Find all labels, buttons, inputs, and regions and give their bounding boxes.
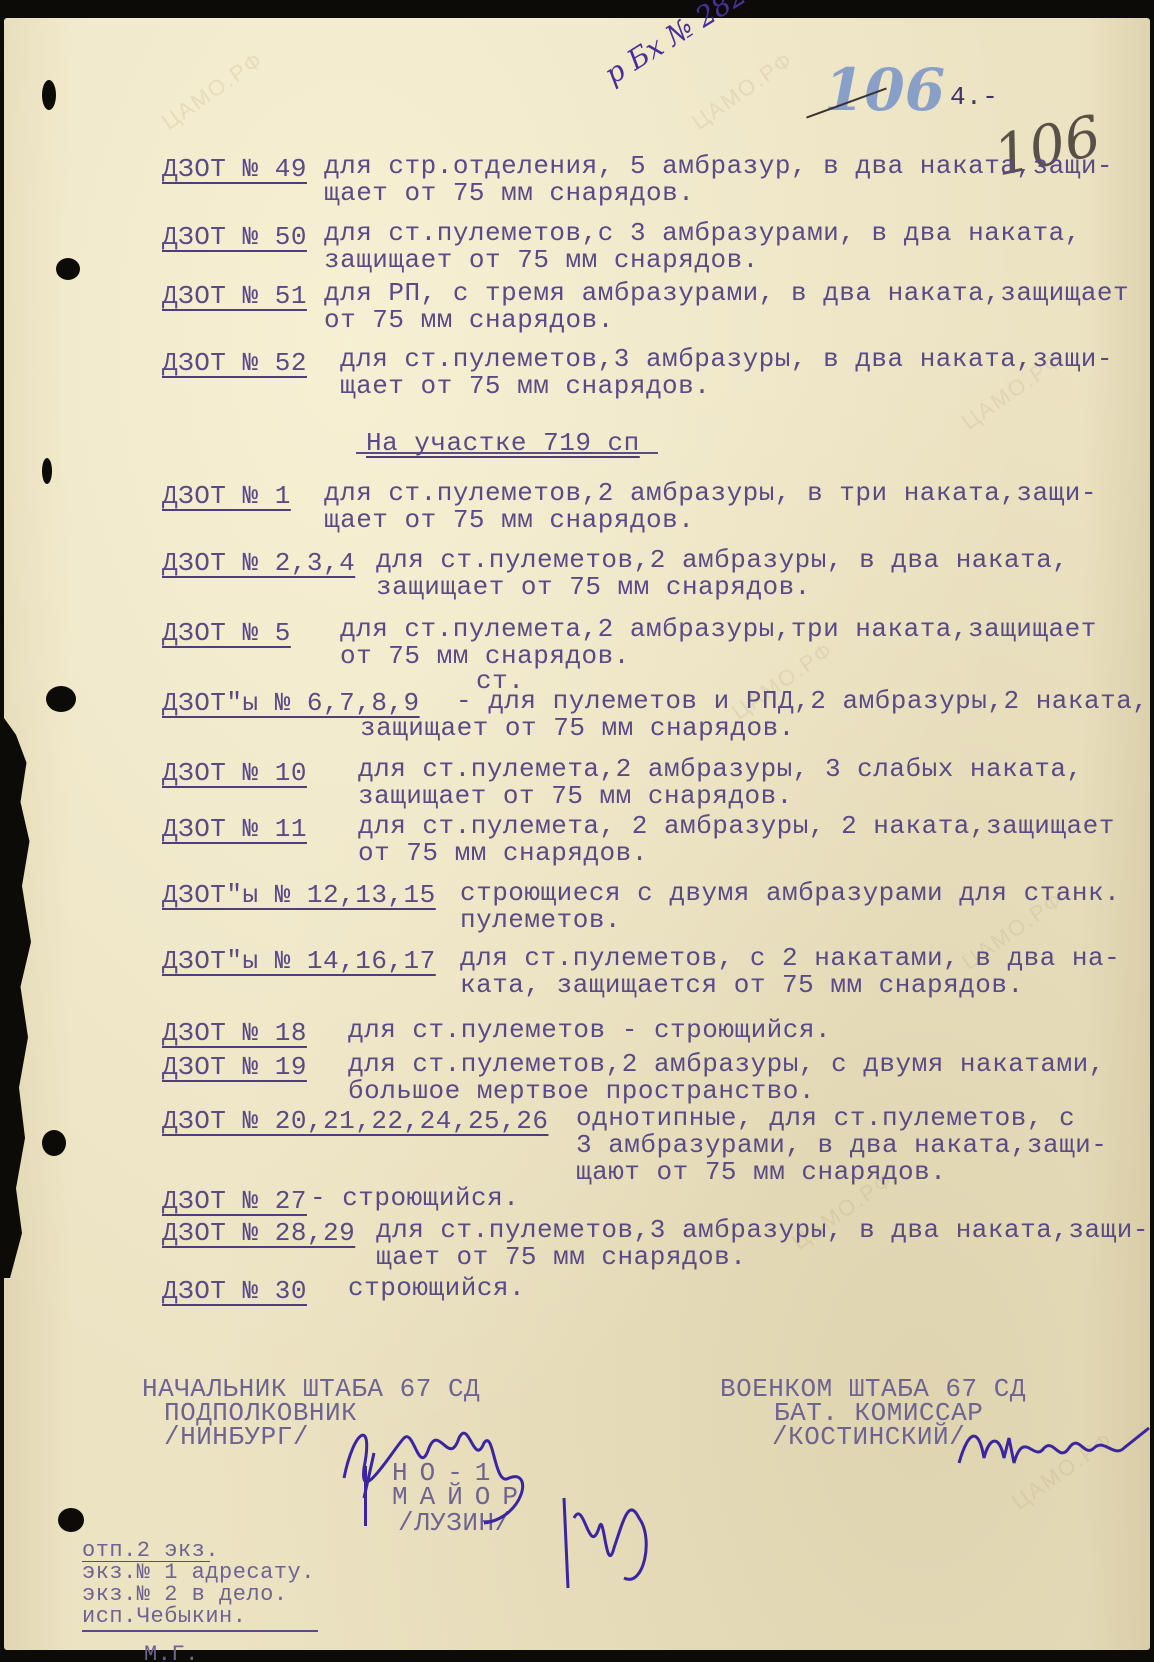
entry-text: защищает от 75 мм снарядов. [324,245,759,275]
entry-text: пулеметов. [460,905,621,935]
entry-label: ДЗОТ № 30 [162,1276,307,1306]
distribution-line: экз.№ 2 в дело. [82,1584,288,1606]
entry-text: для РП, с тремя амбразурами, в два накат… [324,278,1129,308]
entry-text: строющийся. [348,1273,525,1303]
entry-text: 3 амбразурами, в два наката,защи- [576,1130,1107,1160]
entry-label: ДЗОТ № 19 [162,1052,307,1082]
entry-text: для ст.пулеметов,с 3 амбразурами, в два … [324,218,1081,248]
entry-text: для ст.пулемета, 2 амбразуры, 2 наката,з… [358,811,1115,841]
entry-text: - строющийся. [310,1183,519,1213]
signature-scribble-left [334,1408,574,1548]
entry-text: от 75 мм снарядов. [324,305,614,335]
entry-text: щает от 75 мм снарядов. [324,178,694,208]
entry-text: от 75 мм снарядов. [358,838,648,868]
entry-label: ДЗОТ № 20,21,22,24,25,26 [162,1106,548,1136]
entry-text: для ст.пулеметов,3 амбразуры, в два нака… [340,344,1113,374]
hole-punch [58,1508,84,1532]
watermark: ЦАМО.РФ [157,47,268,136]
distribution-line: исп.Чебыкин. [82,1606,246,1628]
torn-edge [4,718,34,1278]
entry-text: для ст.пулеметов, с 2 накатами, в два на… [460,943,1120,973]
typist-initials: М.Г. [144,1644,199,1662]
entry-label: ДЗОТ № 27 [162,1186,307,1216]
page-number: 4.- [950,82,998,112]
signature-stroke [364,1466,367,1526]
entry-label: ДЗОТ № 52 [162,348,307,378]
entry-label: ДЗОТ № 10 [162,758,307,788]
entry-text: щает от 75 мм снарядов. [324,505,694,535]
signatory-name: /КОСТИНСКИЙ/ [772,1422,965,1452]
entry-label: ДЗОТ № 49 [162,154,307,184]
entry-text: - для пулеметов и РПД,2 амбразуры,2 нака… [456,686,1148,716]
entry-label: ДЗОТ № 51 [162,281,307,311]
entry-label: ДЗОТ № 18 [162,1018,307,1048]
entry-text: щает от 75 мм снарядов. [376,1242,746,1272]
signature-scribble-center [544,1478,684,1618]
entry-label: ДЗОТ № 50 [162,222,307,252]
footer-underline [82,1630,318,1632]
distribution-line: отп.2 экз. [82,1540,219,1562]
signature-scribble-right [954,1418,1154,1478]
entry-text: защищает от 75 мм снарядов. [358,781,793,811]
entry-text: для ст.пулеметов - строющийся. [348,1015,831,1045]
entry-text: для ст.пулеметов,2 амбразуры, в два нака… [376,545,1068,575]
hole-punch [42,1130,66,1156]
entry-label: ДЗОТ"ы № 14,16,17 [162,946,436,976]
entry-text: для ст.пулеметов,3 амбразуры, в два нака… [376,1215,1149,1245]
entry-text: щает от 75 мм снарядов. [340,371,710,401]
entry-label: ДЗОТ № 5 [162,618,291,648]
distribution-line: экз.№ 1 адресату. [82,1562,315,1584]
entry-text: щают от 75 мм снарядов. [576,1157,946,1187]
entry-text: строющиеся с двумя амбразурами для станк… [460,878,1120,908]
entry-text: для ст.пулемета,2 амбразуры, 3 слабых на… [358,754,1083,784]
entry-text: защищает от 75 мм снарядов. [360,713,795,743]
entry-text: для ст.пулеметов,2 амбразуры, с двумя на… [348,1049,1105,1079]
hole-punch [42,80,56,110]
entry-label: ДЗОТ № 2,3,4 [162,548,355,578]
document-page: ЦАМО.РФ ЦАМО.РФ ЦАМО.РФ ЦАМО.РФ ЦАМО.РФ … [4,18,1150,1650]
entry-text: большое мертвое пространство. [348,1076,815,1106]
hole-punch [56,258,80,280]
entry-label: ДЗОТ № 11 [162,814,307,844]
entry-text: для ст.пулемета,2 амбразуры,три наката,з… [340,614,1097,644]
entry-text: ката, защищается от 75 мм снарядов. [460,970,1024,1000]
entry-text: для стр.отделения, 5 амбразур, в два нак… [324,151,1113,181]
entry-label: ДЗОТ № 1 [162,481,291,511]
hole-punch [42,458,52,484]
entry-label: ДЗОТ № 28,29 [162,1218,355,1248]
entry-label: ДЗОТ"ы № 12,13,15 [162,880,436,910]
watermark: ЦАМО.РФ [687,47,798,136]
entry-text: однотипные, для ст.пулеметов, с [576,1103,1075,1133]
entry-text: для ст.пулеметов,2 амбразуры, в три нака… [324,478,1097,508]
hole-punch [46,686,76,712]
signatory-name: /НИНБУРГ/ [164,1422,309,1452]
heading-underline [356,452,658,454]
entry-text: защищает от 75 мм снарядов. [376,572,811,602]
